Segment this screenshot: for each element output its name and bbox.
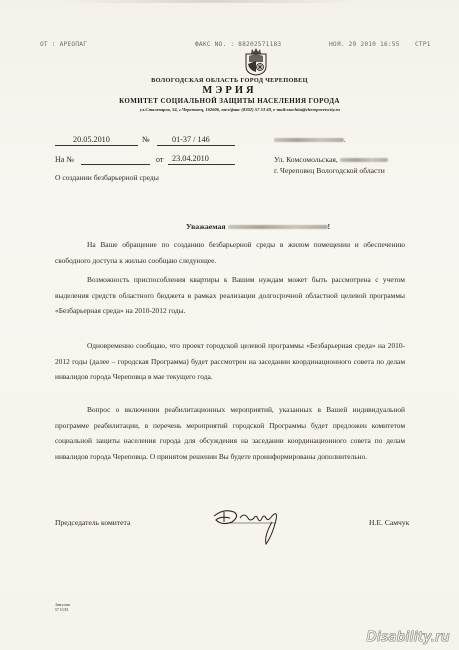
fax-number: ФАКС NO. : 88202571183 <box>195 41 281 48</box>
reply-date: 23.04.2010 <box>172 154 209 163</box>
body-paragraph-1: На Ваше обращение по созданию безбарьерн… <box>55 237 405 268</box>
salutation: Уважаемая ! <box>186 222 330 231</box>
date-underline <box>55 145 138 146</box>
fax-from: ОТ : АРЕОПАГ <box>40 41 87 48</box>
recipient-street: Ул. Комсомольская, <box>274 155 388 164</box>
executor-info: Завгулин 57 10 83 <box>55 603 70 613</box>
reply-from-label: от <box>156 155 163 164</box>
letterhead-address: ул.Сталеваров, 54, г.Череповец, 162606, … <box>110 107 370 112</box>
fax-header: ОТ : АРЕОПАГ ФАКС NO. : 88202571183 НОЯ.… <box>0 41 459 51</box>
watermark: Disability.ru <box>367 630 450 645</box>
reply-number-underline <box>81 164 150 165</box>
number-underline <box>157 145 235 146</box>
reply-number-label: На № <box>55 155 74 164</box>
fax-datetime: НОЯ. 29 2010 16:55 <box>329 41 400 48</box>
fax-page: СТР1 <box>415 41 431 48</box>
letter-number: 01-37 / 146 <box>172 135 210 144</box>
cherepovets-coat-of-arms-icon <box>245 48 267 76</box>
recipient-city: г. Череповец Вологодской области <box>274 166 385 175</box>
body-paragraph-3: Одновременно сообщаю, что проект городск… <box>55 338 405 385</box>
letterhead-region: ВОЛОГОДСКАЯ ОБЛАСТЬ ГОРОД ЧЕРЕПОВЕЦ <box>0 77 459 84</box>
signatory-title: Председатель комитета <box>55 518 130 527</box>
reply-date-underline <box>168 164 235 165</box>
number-label: № <box>142 135 150 144</box>
scan-edge <box>60 0 360 3</box>
executor-phone: 57 10 83 <box>55 608 70 613</box>
letterhead-committee: КОМИТЕТ СОЦИАЛЬНОЙ ЗАЩИТЫ НАСЕЛЕНИЯ ГОРО… <box>0 97 459 105</box>
letter-subject: О создании безбарьерной среды <box>55 173 159 182</box>
recipient-name-redacted: . <box>274 135 346 144</box>
body-paragraph-4: Вопрос о включении реабилитационных меро… <box>55 402 405 464</box>
letterhead-org: МЭРИЯ <box>0 85 459 96</box>
signatory-name: Н.Е. Самчук <box>369 518 409 527</box>
redacted-name <box>228 225 328 229</box>
body-paragraph-2: Возможность приспособления квартиры к Ва… <box>55 272 405 319</box>
scanned-letter-page: ОТ : АРЕОПАГ ФАКС NO. : 88202571183 НОЯ.… <box>0 0 459 650</box>
handwritten-signature <box>210 506 292 546</box>
redacted-address <box>340 158 388 162</box>
letter-date: 20.05.2010 <box>73 135 110 144</box>
